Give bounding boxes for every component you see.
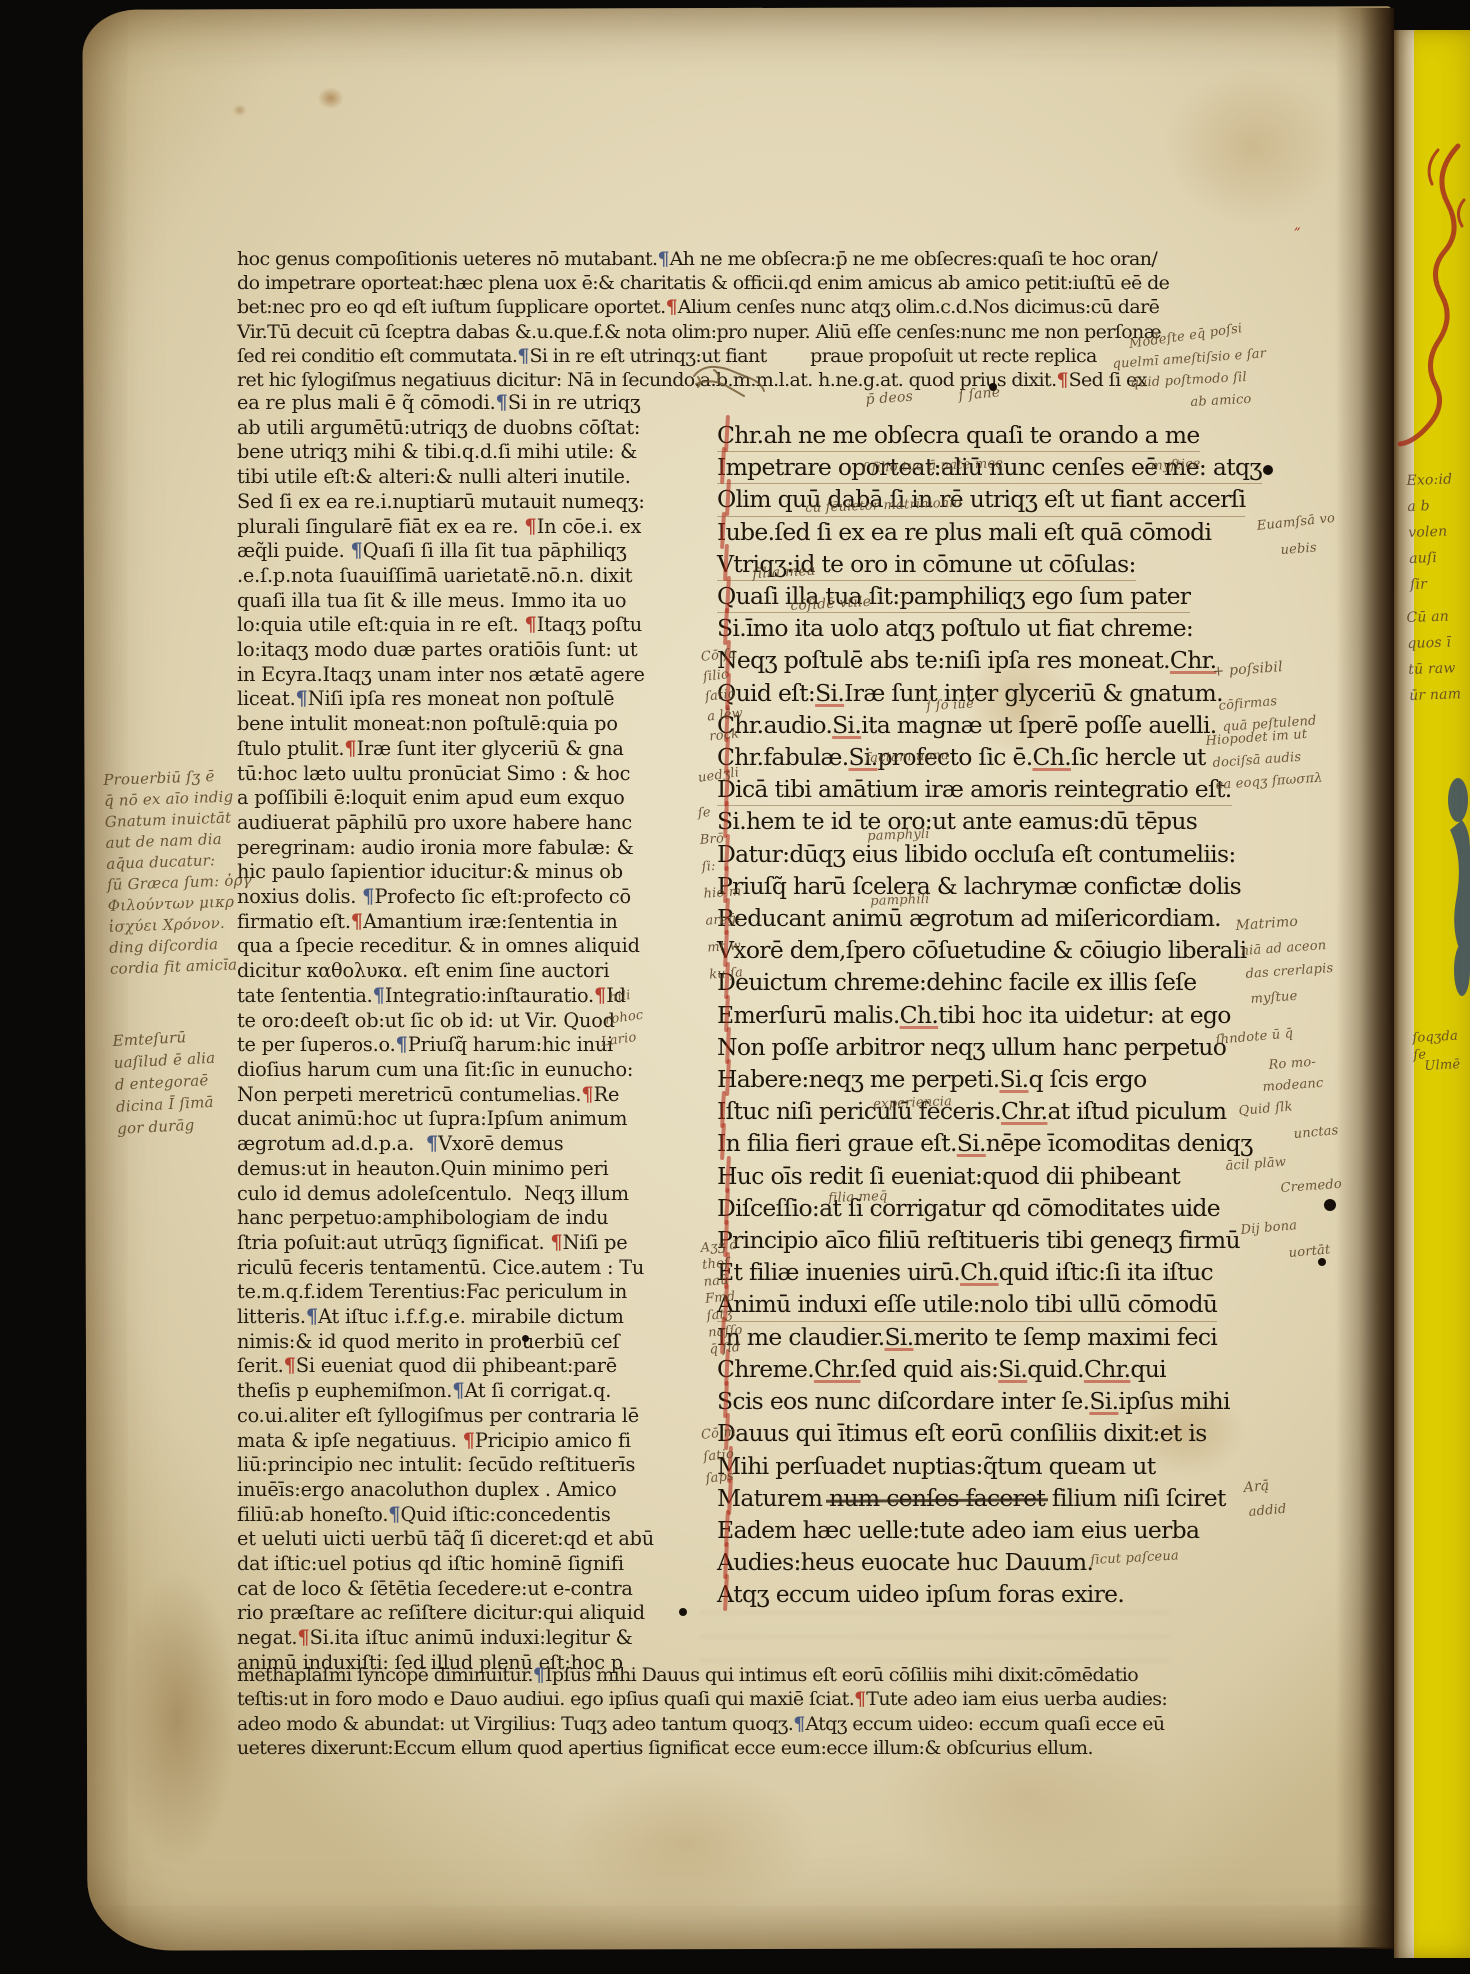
print-line: Animū induxi eſſe utile:nolo tibi ullū c…	[717, 1288, 1217, 1320]
print-line: a poſſibili ē:loquit enim apud eum exquo	[237, 786, 625, 811]
interlinear-gloss: pamphili	[870, 891, 930, 910]
print-line: Chreme.Chr.ſed quid ais:Si.quid.Chr.qui	[717, 1353, 1166, 1385]
speaker-abbreviation: Si.	[1089, 1387, 1118, 1415]
print-line: te.m.q.f.idem Terentius:Fac periculum in	[237, 1280, 627, 1305]
print-line: et ueluti uicti uerbū tāq̃ ſi diceret:qd…	[237, 1527, 654, 1552]
print-line: plurali ſingularē fiāt ex ea re. ¶In cōe…	[237, 515, 641, 540]
ink-spot	[1318, 1258, 1326, 1266]
print-line: Chr.fabulæ.Si.profecto ſic ē.Ch.ſic herc…	[717, 741, 1206, 773]
print-line: Olim quū dabā ſi in rē utriqʒ eſt ut fia…	[717, 483, 1245, 515]
print-line: mata & ipſe negatiuus. ¶Pricipio amico f…	[237, 1429, 631, 1454]
pilcrow-mark: ¶	[524, 613, 536, 636]
book-scan: hoc genus compoſitionis ueteres nō mutab…	[0, 0, 1470, 1974]
stain	[557, 1768, 817, 1919]
rubricated-initial: E	[717, 999, 733, 1031]
pilcrow-mark: ¶	[854, 1688, 866, 1710]
ink-spot	[522, 1335, 529, 1342]
print-line: Si.hem te id te oro:ut ante eamus:dū tēp…	[717, 805, 1197, 837]
interlinear-gloss: ſ ſo iue	[926, 696, 974, 715]
print-line: lo:itaqʒ modo duæ partes oratiōis ſunt: …	[237, 638, 637, 663]
print-line: ſed rei conditio eſt commutata.¶Si in re…	[237, 344, 1097, 368]
print-line: Emerſurū malis.Ch.tibi hoc ita uidetur: …	[717, 999, 1231, 1031]
print-line: hoc genus compoſitionis ueteres nō mutab…	[237, 247, 1157, 271]
pilcrow-mark: ¶	[351, 910, 363, 933]
stain	[318, 87, 344, 109]
print-line: ea re plus mali ē q̃ cōmodi.¶Si in re ut…	[237, 391, 641, 416]
speaker-abbreviation: Si.	[998, 1355, 1027, 1383]
print-line: demus:ut in heauton.Quin minimo peri	[237, 1157, 608, 1182]
rubricated-initial: O	[717, 483, 736, 515]
commentary-left-column: ea re plus mali ē q̃ cōmodi.¶Si in re ut…	[237, 391, 654, 1676]
print-line: In filia fieri graue eſt.Si.nēpe īcomodi…	[717, 1127, 1253, 1159]
print-line: dioſius harum cum una ſit:ſic in eunucho…	[237, 1058, 633, 1083]
print-line: .e.ſ.p.nota ſuauiſſimā uarietatē.nō.n. d…	[237, 564, 632, 589]
speaker-abbreviation: Si.	[884, 1323, 913, 1351]
print-line: bene utriqʒ mihi & tibi.q.d.ſi mihi util…	[237, 440, 637, 465]
rubricated-initial: H	[717, 1063, 737, 1095]
print-line: Datur:dūqʒ eius libido occluſa eſt contu…	[717, 838, 1236, 870]
print-line: in Ecyra.Itaqʒ unam inter nos ætatē ager…	[237, 663, 645, 688]
print-line: Scis eos nunc diſcordare inter ſe.Si.ipſ…	[717, 1385, 1230, 1417]
page-gutter	[1336, 8, 1394, 1949]
left-margin-note: Emteſurū uaſilud ē alia d entegoraē dici…	[112, 1025, 219, 1140]
pilcrow-mark: ¶	[793, 1713, 805, 1735]
print-line: Habere:neqʒ me perpeti.Si.q ſcis ergo	[717, 1063, 1147, 1095]
print-line: quaſi illa tua ſit & ille meus. Immo ita…	[237, 589, 626, 614]
print-line: Mihi perſuadet nuptias:q̃tum queam ut	[717, 1450, 1155, 1482]
print-line: tate ſententia.¶Integratio:inſtauratio.¶…	[237, 984, 626, 1009]
print-line: ducat animū:hoc ut ſupra:Ipſum animum	[237, 1107, 627, 1132]
print-line: ſerit.¶Si eueniat quod dii phibeant:parē	[237, 1354, 617, 1379]
print-line: Iſtuc niſi periculū feceris.Chr.at iſtud…	[717, 1095, 1226, 1127]
print-line: Si.īmo ita uolo atqʒ poſtulo ut fiat chr…	[717, 612, 1193, 644]
print-line: Vxorē dem,ſpero cōſuetudine & cōiugio li…	[717, 934, 1246, 966]
print-line: Dauus qui ītimus eſt eorū conſiliis dixi…	[717, 1417, 1207, 1449]
pilcrow-mark: ¶	[296, 687, 308, 710]
interlinear-gloss: pamphyli	[867, 826, 930, 845]
pilcrow-mark: ¶	[344, 737, 356, 760]
print-line: hic paulo ſapientior iducitur:& minus ob	[237, 860, 623, 885]
rubricated-initial: I	[717, 1127, 726, 1159]
print-line: ueteres dixerunt:Eccum ellum quod aperti…	[237, 1736, 1093, 1760]
pilcrow-mark: ¶	[350, 539, 362, 562]
speaker-abbreviation: Ch.	[1032, 743, 1071, 771]
print-line: bet:nec pro eo qd eſt iuſtum ſupplicare …	[237, 295, 1159, 319]
print-line: Reducant animū ægrotum ad miſericordiam.	[717, 902, 1221, 934]
interlinear-gloss: experiencia	[873, 1093, 952, 1113]
rubricated-initial: C	[717, 419, 734, 451]
print-line: riculū feceris tentamentū. Cice.autem : …	[237, 1256, 644, 1281]
ink-spot	[679, 1608, 687, 1616]
speaker-abbreviation: Chr.	[1170, 646, 1216, 674]
commentary-bottom-block: methaplaſmi ſyncopē diminuitur.¶Ipſus mi…	[237, 1663, 1167, 1760]
print-line: cat de loco & ſētētia ſecedere:ut e-cont…	[237, 1577, 633, 1602]
print-line: bene intulit moneat:non poſtulē:quia po	[237, 712, 618, 737]
print-line: Eadem hæc uelle:tute adeo iam eius uerba	[717, 1514, 1199, 1546]
print-line: nimis:& id quod merito in prouerbiū ceſ	[237, 1330, 619, 1355]
print-line: negat.¶Si.ita iſtuc animū induxi:legitur…	[237, 1626, 633, 1651]
pilcrow-mark: ¶	[666, 296, 678, 318]
speaker-abbreviation: Si.	[815, 679, 844, 707]
print-line: tū:hoc læto uultu pronūciat Simo : & hoc	[237, 762, 630, 787]
print-line: Chr.ah ne me obſecra quaſi te orando a m…	[717, 419, 1200, 451]
speaker-abbreviation: Chr.	[1001, 1097, 1047, 1125]
pilcrow-mark: ¶	[517, 345, 529, 367]
interlinear-gloss: uebis	[1280, 539, 1317, 558]
print-line: Dicā tibi amātium iræ amoris reintegrati…	[717, 773, 1232, 805]
print-line: teſtis:ut in foro modo e Dauo audiui. eg…	[237, 1687, 1167, 1711]
print-line: ægrotum ad.d.p.a. ¶Vxorē demus	[237, 1132, 563, 1157]
interlinear-gloss: filia meq̄	[828, 1188, 888, 1207]
print-line: theſis p euphemiſmon.¶At ſi corrigat.q.	[237, 1379, 611, 1404]
print-line: qua a ſpecie receditur. & in omnes aliqu…	[237, 934, 640, 959]
print-line: inuēīs:ergo anacoluthon duplex . Amico	[237, 1478, 617, 1503]
print-line: Priuſq̃ harū ſcelera & lachrymæ confictæ…	[717, 870, 1241, 902]
print-line: tibi utile eſt:& alteri:& nulli alteri i…	[237, 465, 631, 490]
print-line: ſtulo ptulit.¶Iræ ſunt iter glyceriū & g…	[237, 737, 624, 762]
pilcrow-mark: ¶	[452, 1379, 464, 1402]
print-line: Maturem num cenſes faceret filium niſi ſ…	[717, 1482, 1226, 1514]
speaker-abbreviation: Ch.	[960, 1258, 999, 1286]
stain	[233, 104, 247, 116]
next-leaf-note: Ulmē	[1424, 1056, 1461, 1075]
next-leaf-note: Exo:id a b volen auſi ſir	[1406, 466, 1456, 598]
print-line: Principio aīco filiū reſtitueris tibi ge…	[717, 1224, 1240, 1256]
rubricated-initial: I	[717, 451, 726, 483]
interlinear-gloss: addid	[1248, 1501, 1287, 1521]
print-line: lo:quia utile eſt:quia in re eſt. ¶Itaqʒ…	[237, 613, 642, 638]
print-line: Iube.ſed ſi ex ea re plus mali eſt quā c…	[717, 516, 1211, 548]
print-line: litteris.¶At iſtuc i.f.f.g.e. mirabile d…	[237, 1305, 624, 1330]
print-line: do impetrare oporteat:hæc plena uox ē:& …	[237, 271, 1169, 295]
interlinear-gloss: hili	[608, 987, 632, 1007]
interlinear-gloss: factam uona	[865, 747, 949, 767]
print-line: adeo modo & abundat: ut Virgilius: Tuqʒ …	[237, 1712, 1164, 1736]
pilcrow-mark: ¶	[550, 1231, 562, 1254]
interlinear-gloss: Cō m ſatio ſaps	[700, 1421, 742, 1490]
print-line: methaplaſmi ſyncopē diminuitur.¶Ipſus mi…	[237, 1663, 1138, 1687]
print-line: Et filiæ inuenies uirū.Ch.quid iſtic:ſi …	[717, 1256, 1213, 1288]
interlinear-gloss: Ro mo-	[1268, 1054, 1317, 1074]
print-line: liceat.¶Niſi ipſa res moneat non poſtulē	[237, 687, 614, 712]
interlinear-gloss: myſtue	[1250, 988, 1298, 1008]
pilcrow-mark: ¶	[463, 1429, 475, 1452]
print-line: ab utili argumētū:utriqʒ de duobns cōſta…	[237, 416, 640, 441]
pilcrow-mark: ¶	[524, 515, 536, 538]
speaker-abbreviation: Chr.	[814, 1355, 860, 1383]
print-line: liū:principio nec intulit: ſecūdo reſtit…	[237, 1453, 635, 1478]
red-ink-speck: „	[1294, 218, 1301, 233]
pilcrow-mark: ¶	[1057, 369, 1069, 391]
print-line: filiū:ab honeſto.¶Quid iſtic:concedentis	[237, 1503, 611, 1528]
print-line: Sed ſi ex ea re.i.nuptiarū mutauit numeq…	[237, 490, 645, 515]
print-line: Non perpeti meretricū contumelias.¶Re	[237, 1083, 619, 1108]
pilcrow-mark: ¶	[533, 1664, 545, 1686]
interlinear-gloss: myſtice	[1150, 455, 1201, 475]
ink-spot	[1263, 465, 1273, 475]
print-line: Neqʒ poſtulē abs te:niſi ipſa res moneat…	[717, 644, 1216, 676]
pilcrow-mark: ¶	[388, 1503, 400, 1526]
pilcrow-mark: ¶	[658, 248, 670, 270]
interlinear-gloss: ab amico	[1190, 391, 1252, 411]
print-line: hanc perpetuo:amphibologiam de indu	[237, 1206, 608, 1231]
ink-spot	[1324, 1199, 1336, 1211]
print-line: audiuerat pāphilū pro uxore habere hanc	[237, 811, 632, 836]
print-line: In me claudier.Si.merito te ſemp maximi …	[717, 1321, 1217, 1353]
speaker-abbreviation: Ch.	[900, 1001, 939, 1029]
print-line: noxius dolis. ¶Profecto ſic eſt:profecto…	[237, 885, 631, 910]
print-line: Chr.audio.Si.ita magnæ ut ſperē poſſe au…	[717, 709, 1217, 741]
rubricated-initial: V	[717, 548, 733, 580]
speaker-abbreviation: Si.	[957, 1129, 986, 1157]
pilcrow-mark: ¶	[362, 885, 374, 908]
print-line: te per ſuperos.o.¶Priuſq̃ harum:hic inui	[237, 1033, 613, 1058]
speaker-abbreviation: Si.	[832, 711, 861, 739]
print-line: Non poſſe arbitror neqʒ ullum hanc perpe…	[717, 1031, 1226, 1063]
print-line: Huc oīs redit ſi eueniat:quod dii phibea…	[717, 1160, 1180, 1192]
manicule-icon	[688, 360, 768, 412]
pilcrow-mark: ¶	[306, 1305, 318, 1328]
print-line: peregrinam: audio ironia more fabulæ: &	[237, 836, 634, 861]
print-line: firmatio eſt.¶Amantium iræ:ſententia in	[237, 910, 618, 935]
left-margin-note: Prouerbiū ſʒ ē q̄ nō ex aīo indig Gnatum…	[103, 765, 255, 980]
pilcrow-mark: ¶	[581, 1083, 593, 1106]
pilcrow-mark: ¶	[594, 984, 606, 1007]
print-line: Deuictum chreme:dehinc facile ex illis ſ…	[717, 966, 1196, 998]
rubricated-initial: S	[717, 1385, 732, 1417]
pilcrow-mark: ¶	[297, 1626, 309, 1649]
rubricated-initial: I	[717, 516, 726, 548]
pilcrow-mark: ¶	[284, 1354, 296, 1377]
print-line: culo id demus adoleſcentulo. Neqʒ illum	[237, 1182, 629, 1207]
blue-ink-blot	[1432, 770, 1470, 1010]
pilcrow-mark: ¶	[373, 984, 385, 1007]
next-leaf-note: Cū an quos ī tū raw ūr nam	[1406, 603, 1462, 709]
print-line: Diſceſſio:at ſi corrigatur qd cōmoditate…	[717, 1192, 1220, 1224]
speaker-abbreviation: Si.	[999, 1065, 1028, 1093]
pilcrow-mark: ¶	[426, 1132, 438, 1155]
stain	[1163, 66, 1343, 226]
print-line: rio præſtare ac reſiſtere dicitur:qui al…	[237, 1601, 645, 1626]
speaker-abbreviation: Chr.	[1084, 1355, 1130, 1383]
print-line: ſtria poſuit:aut utrūqʒ ſignificat. ¶Niſ…	[237, 1231, 628, 1256]
stain	[117, 1569, 238, 1869]
print-line: Quaſi illa tua ſit:pamphiliqʒ ego ſum pa…	[717, 580, 1190, 612]
print-line: æq̃li puide. ¶Quaſi ſi illa ſit tua pāph…	[237, 539, 627, 564]
print-line: te oro:deeſt ob:ut ſic ob id: ut Vir. Qu…	[237, 1009, 615, 1034]
pilcrow-mark: ¶	[396, 1033, 408, 1056]
ink-showthrough	[700, 1592, 1170, 1662]
interlinear-gloss: p̄ deos	[865, 389, 914, 409]
print-line: co.ui.aliter eſt ſyllogiſmus per contrar…	[237, 1404, 639, 1429]
print-line: Vir.Tū decuit cū ſceptra dabas &.u.que.f…	[237, 320, 1161, 344]
print-line: dicitur καθολυκα. eſt enim ſine auctori	[237, 959, 609, 984]
interlinear-gloss: Arą̄	[1243, 1478, 1270, 1497]
print-line: dat iſtic:uel potius qd iſtic hominē ſig…	[237, 1552, 624, 1577]
print-line: Audies:heus euocate huc Dauum.	[717, 1546, 1093, 1578]
interlinear-gloss: filia mea	[752, 563, 816, 583]
pilcrow-mark: ¶	[496, 391, 508, 414]
red-flourish	[1398, 140, 1470, 500]
ink-spot	[989, 383, 997, 391]
